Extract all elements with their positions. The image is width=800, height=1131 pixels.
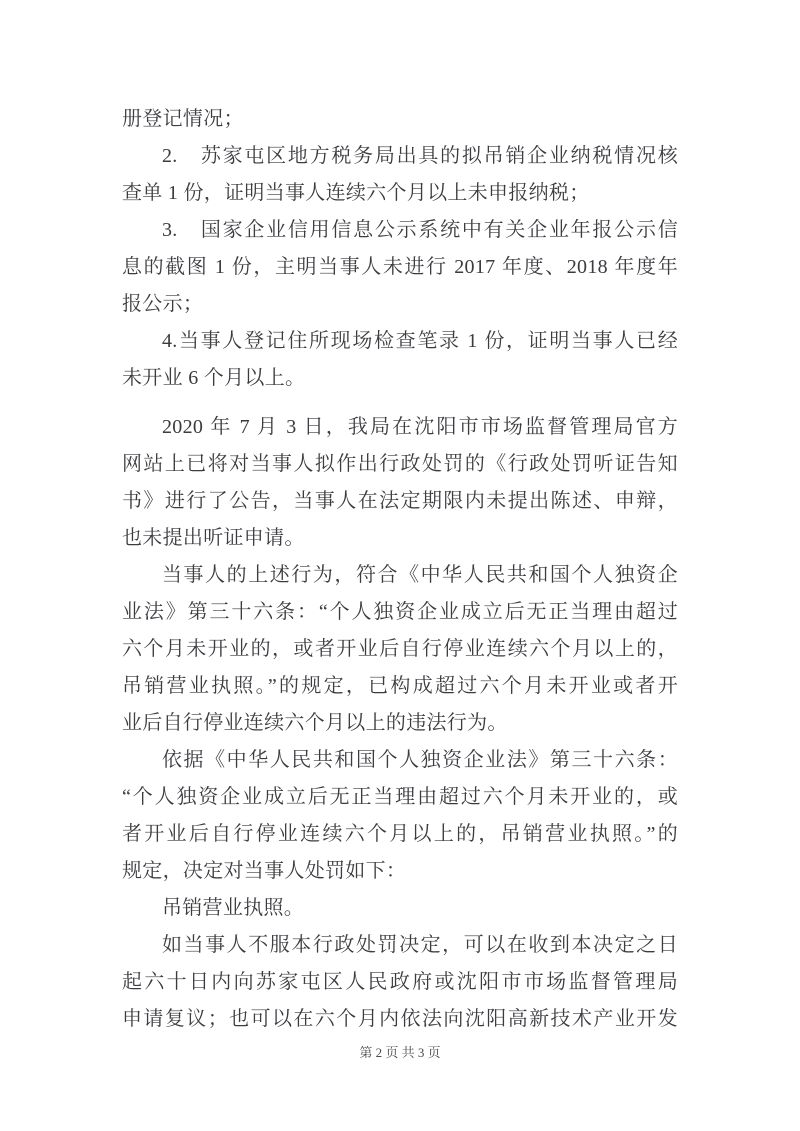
text-line: 也未提出听证申请。 [122,520,678,557]
text-line: 网站上已将对当事人拟作出行政处罚的《行政处罚听证告知 [122,446,678,483]
text-line: 起六十日内向苏家屯区人民政府或沈阳市市场监督管理局 [122,964,678,1001]
text-line: 业后自行停业连续六个月以上的违法行为。 [122,705,678,742]
paragraph-violation-finding: 当事人的上述行为，符合《中华人民共和国个人独资企业法》第三十六条：“个人独资企业… [122,557,678,742]
text-line: 册登记情况； [122,101,678,138]
text-line: 当事人的上述行为，符合《中华人民共和国个人独资企 [122,557,678,594]
text-line: 2. 苏家屯区地方税务局出具的拟吊销企业纳税情况核 [122,138,678,175]
paragraph-continuation: 册登记情况； [122,101,678,138]
page-footer: 第 2 页 共 3 页 [0,1042,800,1061]
text-line: 报公示； [122,286,678,323]
page-number-indicator: 第 2 页 共 3 页 [359,1045,440,1060]
document-body: 册登记情况；2. 苏家屯区地方税务局出具的拟吊销企业纳税情况核查单 1 份，证明… [122,101,678,1038]
text-line: “个人独资企业成立后无正当理由超过六个月未开业的，或 [122,779,678,816]
text-line: 4.当事人登记住所现场检查笔录 1 份，证明当事人已经 [122,323,678,360]
text-line: 2020 年 7 月 3 日，我局在沈阳市市场监督管理局官方 [122,409,678,446]
text-line: 查单 1 份，证明当事人连续六个月以上未申报纳税； [122,175,678,212]
text-line: 六个月未开业的，或者开业后自行停业连续六个月以上的， [122,631,678,668]
document-page: 册登记情况；2. 苏家屯区地方税务局出具的拟吊销企业纳税情况核查单 1 份，证明… [0,0,800,1131]
text-line: 3. 国家企业信用信息公示系统中有关企业年报公示信 [122,212,678,249]
text-line: 者开业后自行停业连续六个月以上的，吊销营业执照。”的 [122,816,678,853]
paragraph-evidence-item-4: 4.当事人登记住所现场检查笔录 1 份，证明当事人已经未开业 6 个月以上。 [122,323,678,397]
text-line: 业法》第三十六条：“个人独资企业成立后无正当理由超过 [122,594,678,631]
text-line: 依据《中华人民共和国个人独资企业法》第三十六条： [122,742,678,779]
text-line: 吊销营业执照。”的规定，已构成超过六个月未开业或者开 [122,668,678,705]
paragraph-announcement: 2020 年 7 月 3 日，我局在沈阳市市场监督管理局官方网站上已将对当事人拟… [122,409,678,557]
text-line: 书》进行了公告，当事人在法定期限内未提出陈述、申辩， [122,483,678,520]
paragraph-legal-basis: 依据《中华人民共和国个人独资企业法》第三十六条：“个人独资企业成立后无正当理由超… [122,742,678,890]
paragraph-evidence-item-3: 3. 国家企业信用信息公示系统中有关企业年报公示信息的截图 1 份，主明当事人未… [122,212,678,323]
text-line: 吊销营业执照。 [122,890,678,927]
paragraph-appeal-rights: 如当事人不服本行政处罚决定，可以在收到本决定之日起六十日内向苏家屯区人民政府或沈… [122,927,678,1038]
paragraph-evidence-item-2: 2. 苏家屯区地方税务局出具的拟吊销企业纳税情况核查单 1 份，证明当事人连续六… [122,138,678,212]
paragraph-penalty-decision: 吊销营业执照。 [122,890,678,927]
text-line: 未开业 6 个月以上。 [122,360,678,397]
text-line: 息的截图 1 份，主明当事人未进行 2017 年度、2018 年度年 [122,249,678,286]
text-line: 如当事人不服本行政处罚决定，可以在收到本决定之日 [122,927,678,964]
text-line: 申请复议；也可以在六个月内依法向沈阳高新技术产业开发 [122,1001,678,1038]
text-line: 规定，决定对当事人处罚如下： [122,853,678,890]
